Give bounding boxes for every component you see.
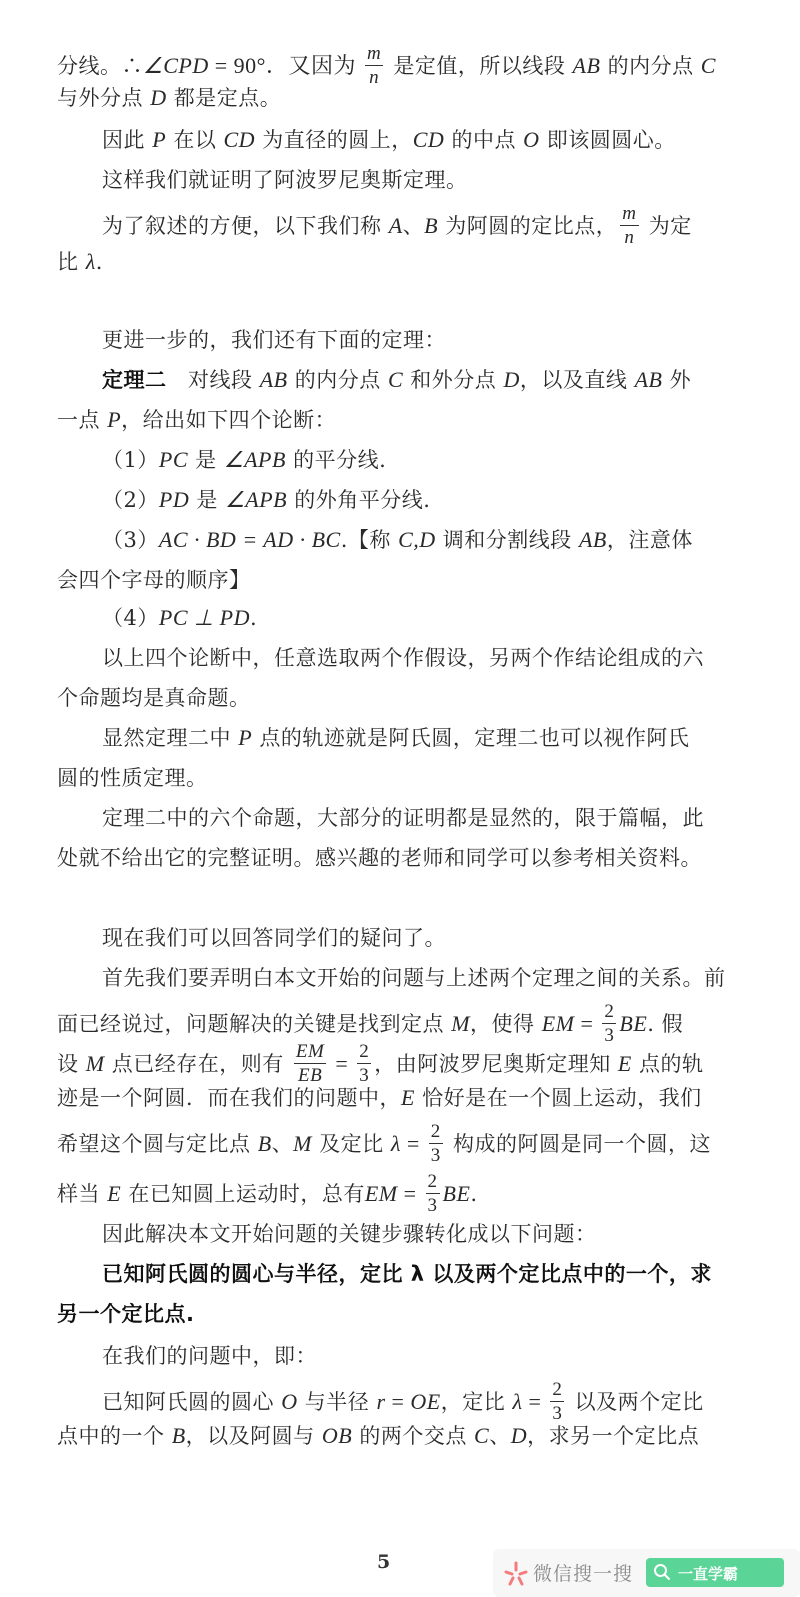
text-line: 设 M 点已经存在，则有 EMEB = 23，由阿波罗尼奥斯定理知 E 点的轨	[57, 1044, 704, 1087]
math: AB	[260, 367, 288, 392]
text: 与外分点	[57, 86, 150, 110]
list-marker: （3）	[102, 528, 159, 552]
text: 的两个交点	[352, 1424, 474, 1448]
math: E	[618, 1051, 632, 1076]
text: 点已经存在，则有	[105, 1052, 291, 1076]
math: AC · BD = AD · BC	[159, 527, 341, 552]
text: 以上四个论断中，任意选取两个作假设，另两个作结论组成的六	[102, 646, 704, 670]
math: CD	[224, 127, 256, 152]
math: C,D	[398, 527, 436, 552]
math: C	[701, 53, 716, 78]
text-line: 比 λ.	[57, 248, 103, 276]
text: 是	[189, 488, 225, 512]
text: 因此	[102, 128, 152, 152]
math: A	[389, 213, 403, 238]
text-line: 更进一步的，我们还有下面的定理：	[102, 326, 446, 354]
text: 在已知圆上运动时，总有	[121, 1182, 365, 1206]
text: 样当	[57, 1182, 107, 1206]
denominator: 3	[426, 1196, 440, 1215]
text: 迹是一个阿圆．而在我们的问题中，	[57, 1086, 401, 1110]
text-line: 因此解决本文开始问题的关键步骤转化成以下问题：	[102, 1220, 597, 1248]
text-line: 迹是一个阿圆．而在我们的问题中，E 恰好是在一个圆上运动，我们	[57, 1084, 702, 1112]
math: EM	[542, 1011, 575, 1036]
text: 点中的一个	[57, 1424, 172, 1448]
text: 分线。∴	[57, 54, 143, 78]
text: 、	[489, 1424, 511, 1448]
text: ，求另一个定比点	[527, 1424, 699, 1448]
math: PD	[159, 487, 189, 512]
denominator: 3	[550, 1404, 564, 1423]
text: ，给出如下四个论断：	[121, 408, 336, 432]
fraction-m-over-n: mn	[365, 44, 383, 87]
math: CD	[413, 127, 445, 152]
page-number: 5	[377, 1551, 390, 1573]
watermark-label: 微信搜一搜	[533, 1559, 633, 1586]
text: 为阿圆的定比点，	[438, 214, 617, 238]
math: AB	[573, 53, 601, 78]
text: .【称	[341, 528, 398, 552]
text-line: 一点 P，给出如下四个论断：	[57, 406, 336, 434]
text-line: 点中的一个 B，以及阿圆与 OB 的两个交点 C、D，求另一个定比点	[57, 1422, 699, 1450]
fraction-two-thirds: 23	[426, 1172, 440, 1215]
text: 都是定点。	[167, 86, 282, 110]
math: E	[401, 1085, 415, 1110]
text: ，以及直线	[520, 368, 635, 392]
text-line: 在我们的问题中，即：	[102, 1342, 317, 1370]
math: B	[258, 1131, 272, 1156]
math: O	[523, 127, 539, 152]
text: 为直径的圆上，	[255, 128, 413, 152]
list-item: （2）PD 是 ∠APB 的外角平分线.	[102, 486, 430, 514]
text-line: 定理二中的六个命题，大部分的证明都是显然的，限于篇幅，此	[102, 804, 704, 832]
numerator: 2	[602, 1002, 616, 1021]
math: λ	[86, 249, 96, 274]
text: 恰好是在一个圆上运动，我们	[415, 1086, 702, 1110]
list-marker: （4）	[102, 606, 159, 630]
list-item: （4）PC ⊥ PD.	[102, 604, 257, 632]
text: 、	[403, 214, 425, 238]
math: λ	[391, 1131, 401, 1156]
math: r	[376, 1389, 385, 1414]
numerator: 2	[429, 1122, 443, 1141]
math: PC	[159, 447, 188, 472]
math: E	[107, 1181, 121, 1206]
denominator: EB	[294, 1066, 326, 1085]
fraction-two-thirds: 23	[357, 1042, 371, 1085]
math: ∠CPD	[143, 53, 209, 78]
math: M	[293, 1131, 312, 1156]
text: 外	[662, 368, 691, 392]
text: 定理二中的六个命题，大部分的证明都是显然的，限于篇幅，此	[102, 806, 704, 830]
text: 调和分割线段	[436, 528, 579, 552]
text-line: 为了叙述的方便，以下我们称 A、B 为阿圆的定比点，mn 为定	[102, 206, 692, 249]
math: EM	[365, 1181, 398, 1206]
wechat-search-star-icon	[503, 1561, 529, 1587]
text: .	[470, 1182, 477, 1206]
fraction-m-over-n: mn	[620, 204, 638, 247]
list-item: （1）PC 是 ∠APB 的平分线.	[102, 446, 386, 474]
numerator: m	[620, 204, 638, 223]
text: 是	[188, 448, 224, 472]
list-marker: （2）	[102, 488, 159, 512]
text: 构成的阿圆是同一个圆，这	[446, 1132, 711, 1156]
text: 点的轨	[632, 1052, 704, 1076]
text: 已知阿氏圆的圆心与半径，定比 λ 以及两个定比点中的一个，求	[102, 1262, 712, 1286]
math: PC ⊥ PD	[159, 605, 250, 630]
list-item: （3）AC · BD = AD · BC.【称 C,D 调和分割线段 AB，注意…	[102, 526, 693, 554]
denominator: n	[620, 228, 638, 247]
numerator: 2	[426, 1172, 440, 1191]
search-term-button[interactable]: 一直学霸	[646, 1558, 784, 1587]
text-line: 会四个字母的顺序】	[57, 566, 251, 594]
theorem-two-heading-line: 定理二 对线段 AB 的内分点 C 和外分点 D，以及直线 AB 外	[102, 366, 691, 394]
text: 的中点	[444, 128, 523, 152]
numerator: 2	[357, 1042, 371, 1061]
text: 已知阿氏圆的圆心	[102, 1390, 281, 1414]
text-line: 现在我们可以回答同学们的疑问了。	[102, 924, 446, 952]
text-line: 与外分点 D 都是定点。	[57, 84, 281, 112]
text: 设	[57, 1052, 86, 1076]
key-problem-statement: 已知阿氏圆的圆心与半径，定比 λ 以及两个定比点中的一个，求	[102, 1260, 712, 1288]
text: 为定	[642, 214, 692, 238]
text: 圆的性质定理。	[57, 766, 208, 790]
text: 和外分点	[403, 368, 503, 392]
theorem-label: 定理二	[102, 368, 167, 392]
wechat-search-watermark[interactable]: 微信搜一搜 一直学霸	[493, 1549, 800, 1597]
text-line: 显然定理二中 P 点的轨迹就是阿氏圆，定理二也可以视作阿氏	[102, 724, 689, 752]
math: AB	[579, 527, 607, 552]
text: 的内分点	[600, 54, 700, 78]
text: . 假	[647, 1012, 683, 1036]
math: BE	[619, 1011, 647, 1036]
text: 点的轨迹就是阿氏圆，定理二也可以视作阿氏	[252, 726, 689, 750]
numerator: m	[365, 44, 383, 63]
text: .	[250, 606, 257, 630]
text: 另一个定比点.	[57, 1302, 194, 1326]
denominator: 3	[602, 1026, 616, 1045]
key-problem-statement: 另一个定比点.	[57, 1300, 194, 1328]
denominator: n	[365, 68, 383, 87]
text: 面已经说过，问题解决的关键是找到定点	[57, 1012, 451, 1036]
fraction-two-thirds: 23	[602, 1002, 616, 1045]
text: =	[329, 1051, 354, 1076]
text-line: 这样我们就证明了阿波罗尼奥斯定理。	[102, 166, 468, 194]
text: =	[574, 1011, 599, 1036]
text: 一点	[57, 408, 107, 432]
math: M	[86, 1051, 105, 1076]
text: 是定值，所以线段	[386, 54, 572, 78]
math: P	[152, 127, 166, 152]
denominator: 3	[429, 1146, 443, 1165]
text: 希望这个圆与定比点	[57, 1132, 258, 1156]
text: 的外角平分线.	[287, 488, 430, 512]
text: 显然定理二中	[102, 726, 238, 750]
fraction-two-thirds: 23	[550, 1380, 564, 1423]
text-line: 因此 P 在以 CD 为直径的圆上，CD 的中点 O 即该圆圆心。	[102, 126, 676, 154]
text-line: 个命题均是真命题。	[57, 684, 251, 712]
fraction-em-over-eb: EMEB	[294, 1042, 326, 1085]
text: 的内分点	[288, 368, 388, 392]
text-line: 已知阿氏圆的圆心 O 与半径 r = OE，定比 λ = 23 以及两个定比	[102, 1382, 704, 1425]
text: =	[386, 1389, 411, 1414]
math: B	[424, 213, 438, 238]
text: 在我们的问题中，即：	[102, 1344, 317, 1368]
text: 更进一步的，我们还有下面的定理：	[102, 328, 446, 352]
math: OB	[322, 1423, 352, 1448]
text: ，定比	[441, 1390, 513, 1414]
text-line: 分线。∴∠CPD = 90°．又因为 mn 是定值，所以线段 AB 的内分点 C	[57, 46, 716, 89]
math: C	[388, 367, 403, 392]
search-term: 一直学霸	[678, 1563, 738, 1584]
math: P	[107, 407, 121, 432]
math: B	[172, 1423, 186, 1448]
math: C	[474, 1423, 489, 1448]
text-line: 面已经说过，问题解决的关键是找到定点 M，使得 EM = 23BE. 假	[57, 1004, 683, 1047]
text-line: 圆的性质定理。	[57, 764, 208, 792]
math: D	[503, 367, 519, 392]
math: ∠APB	[225, 487, 287, 512]
text: 的平分线.	[286, 448, 386, 472]
list-marker: （1）	[102, 448, 159, 472]
math: D	[150, 85, 166, 110]
text: 个命题均是真命题。	[57, 686, 251, 710]
text: 在以	[166, 128, 223, 152]
numerator: EM	[294, 1042, 326, 1061]
text-line: 希望这个圆与定比点 B、M 及定比 λ = 23 构成的阿圆是同一个圆，这	[57, 1124, 711, 1167]
text: 及定比	[312, 1132, 391, 1156]
text: 与半径	[298, 1390, 377, 1414]
math: λ	[512, 1389, 522, 1414]
text: 处就不给出它的完整证明。感兴趣的老师和同学可以参考相关资料。	[57, 846, 702, 870]
text: 对线段	[167, 368, 260, 392]
text-line: 首先我们要弄明白本文开始的问题与上述两个定理之间的关系。前	[102, 964, 726, 992]
text: =	[522, 1389, 547, 1414]
text: 这样我们就证明了阿波罗尼奥斯定理。	[102, 168, 468, 192]
text-line: 处就不给出它的完整证明。感兴趣的老师和同学可以参考相关资料。	[57, 844, 702, 872]
search-icon	[653, 1563, 671, 1581]
math: ∠APB	[224, 447, 286, 472]
text-line: 以上四个论断中，任意选取两个作假设，另两个作结论组成的六	[102, 644, 704, 672]
text: ，使得	[470, 1012, 542, 1036]
math: O	[281, 1389, 297, 1414]
text: 、	[272, 1132, 294, 1156]
text: ，注意体	[607, 528, 693, 552]
denominator: 3	[357, 1066, 371, 1085]
text: 即该圆圆心。	[540, 128, 676, 152]
text: = 90°．又因为	[209, 53, 362, 78]
text: 为了叙述的方便，以下我们称	[102, 214, 389, 238]
text: .	[96, 250, 103, 274]
math: BE	[443, 1181, 471, 1206]
math: M	[451, 1011, 470, 1036]
text: 首先我们要弄明白本文开始的问题与上述两个定理之间的关系。前	[102, 966, 726, 990]
math: P	[238, 725, 252, 750]
text: 会四个字母的顺序】	[57, 568, 251, 592]
math: AB	[635, 367, 663, 392]
text: 以及两个定比	[567, 1390, 703, 1414]
text: =	[401, 1131, 426, 1156]
text: ，由阿波罗尼奥斯定理知	[374, 1052, 618, 1076]
text: ，以及阿圆与	[186, 1424, 322, 1448]
math: OE	[410, 1389, 440, 1414]
text-line: 样当 E 在已知圆上运动时，总有EM = 23BE.	[57, 1174, 478, 1217]
numerator: 2	[550, 1380, 564, 1399]
fraction-two-thirds: 23	[429, 1122, 443, 1165]
text: 因此解决本文开始问题的关键步骤转化成以下问题：	[102, 1222, 597, 1246]
text: 现在我们可以回答同学们的疑问了。	[102, 926, 446, 950]
text: =	[398, 1181, 423, 1206]
text: 比	[57, 250, 86, 274]
math: D	[511, 1423, 527, 1448]
